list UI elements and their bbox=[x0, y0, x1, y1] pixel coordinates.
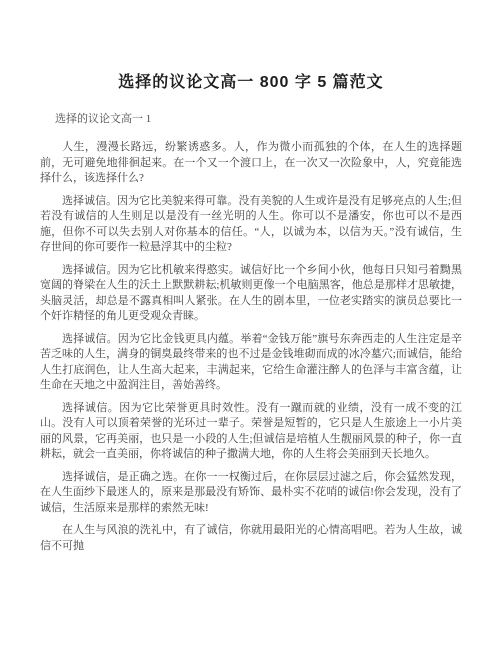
paragraph: 选择诚信。因为它比机敏来得憨实。诚信好比一个乡间小伙，他每日只知弓着黝黑宽阔的脊… bbox=[40, 263, 462, 325]
document-title: 选择的议论文高一 800 字 5 篇范文 bbox=[40, 73, 462, 93]
paragraph: 人生，漫漫长路远，纷繁诱惑多。人，作为微小而孤独的个体，在人生的选择题前，无可避… bbox=[40, 140, 462, 187]
section-heading: 选择的议论文高一 1 bbox=[55, 112, 462, 127]
paragraph: 选择诚信。因为它比美貌来得可靠。没有美貌的人生或许是没有足够亮点的人生;但若没有… bbox=[40, 194, 462, 256]
paragraph: 选择诚信。因为它比荣誉更具时效性。没有一蹴而就的业绩，没有一成不变的江山。没有人… bbox=[40, 401, 462, 463]
paragraph: 选择诚信，是正确之选。在你一一权衡过后，在你层层过滤之后，你会猛然发现，在人生面… bbox=[40, 470, 462, 517]
paragraph: 在人生与风浪的洗礼中，有了诚信，你就用最阳光的心情高唱吧。若为人生故，诚信不可抛 bbox=[40, 523, 462, 554]
document-page: 选择的议论文高一 800 字 5 篇范文 选择的议论文高一 1 人生，漫漫长路远… bbox=[0, 0, 500, 647]
paragraph: 选择诚信。因为它比金钱更具内蕴。举着“金钱万能”旗号东奔西走的人生注定是辛苦乏味… bbox=[40, 332, 462, 394]
